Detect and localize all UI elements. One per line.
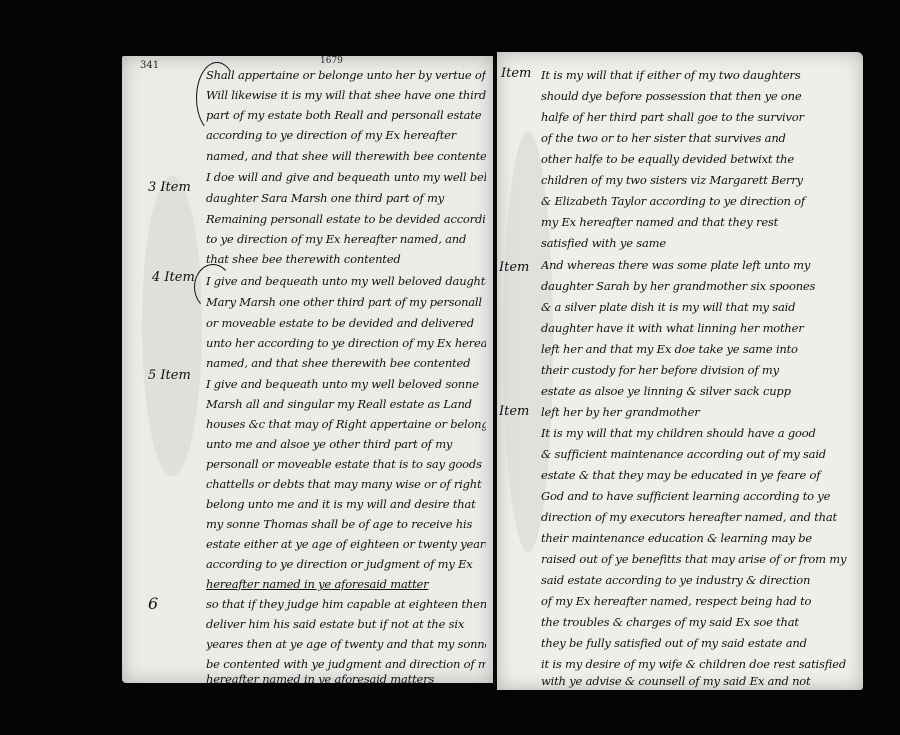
text-line: part of my estate both Reall and persona… [206, 108, 486, 122]
text-line: personall or moveable estate that is to … [206, 457, 486, 471]
text-line: children of my two sisters viz Margarett… [541, 173, 847, 187]
text-line: left her by her grandmother [541, 405, 847, 419]
text-line: to ye direction of my Ex hereafter named… [206, 232, 486, 246]
text-line: with ye advise & counsell of my said Ex … [541, 674, 847, 688]
text-line: so that if they judge him capable at eig… [206, 597, 486, 611]
text-line: Remaining personall estate to be devided… [206, 212, 486, 226]
text-line: raised out of ye benefitts that may aris… [541, 552, 847, 566]
text-line: satisfied with ye same [541, 236, 847, 250]
text-line: estate as alsoe ye linning & silver sack… [541, 384, 847, 398]
text-line: that shee bee therewith contented [206, 252, 486, 266]
folio-number: 341 [140, 60, 159, 71]
right-manuscript-page: Item Item Item It is my will that if eit… [497, 52, 863, 690]
margin-note: 5 Item [148, 368, 191, 383]
text-line: their maintenance education & learning m… [541, 531, 847, 545]
margin-note: Item [501, 66, 531, 81]
text-line: I give and bequeath unto my well beloved… [206, 377, 486, 391]
text-line: said estate according to ye industry & d… [541, 573, 847, 587]
text-line: halfe of her third part shall goe to the… [541, 110, 847, 124]
text-line: God and to have sufficient learning acco… [541, 489, 847, 503]
margin-note: 4 Item [152, 270, 195, 285]
paper-stain [142, 176, 202, 476]
text-line: hereafter named in ye aforesaid matters [206, 672, 486, 684]
text-line: & sufficient maintenance according out o… [541, 447, 847, 461]
text-line: belong unto me and it is my will and des… [206, 497, 486, 511]
text-line: of the two or to her sister that survive… [541, 131, 847, 145]
text-line: Shall appertaine or belonge unto her by … [206, 68, 486, 82]
text-line: my Ex hereafter named and that they rest [541, 215, 847, 229]
text-line: direction of my executors hereafter name… [541, 510, 847, 524]
text-line: named, and that shee will therewith bee … [206, 149, 486, 163]
text-line: Mary Marsh one other third part of my pe… [206, 295, 486, 309]
text-line: be contented with ye judgment and direct… [206, 657, 486, 671]
text-line: & a silver plate dish it is my will that… [541, 300, 847, 314]
text-line: chattells or debts that may many wise or… [206, 477, 486, 491]
text-line: deliver him his said estate but if not a… [206, 617, 486, 631]
text-line: yeares then at ye age of twenty and that… [206, 637, 486, 651]
text-line: houses &c that may of Right appertaine o… [206, 417, 486, 431]
text-line: the troubles & charges of my said Ex soe… [541, 615, 847, 629]
text-line: left her and that my Ex doe take ye same… [541, 342, 847, 356]
text-line: their custody for her before division of… [541, 363, 847, 377]
text-line: daughter Sara Marsh one third part of my [206, 191, 486, 205]
header-mark: 1679 [320, 56, 343, 66]
text-line: my sonne Thomas shall be of age to recei… [206, 517, 486, 531]
text-line: they be fully satisfied out of my said e… [541, 636, 847, 650]
text-line: or moveable estate to be devided and del… [206, 316, 486, 330]
margin-note: 3 Item [148, 180, 191, 195]
text-line: according to ye direction of my Ex herea… [206, 128, 486, 142]
text-line: daughter Sarah by her grandmother six sp… [541, 279, 847, 293]
text-line: it is my desire of my wife & children do… [541, 657, 847, 671]
text-line: named, and that shee therewith bee conte… [206, 356, 486, 370]
margin-note: Item [499, 404, 529, 419]
margin-note: Item [499, 260, 529, 275]
text-line: It is my will that if either of my two d… [541, 68, 847, 82]
text-line: of my Ex hereafter named, respect being … [541, 594, 847, 608]
text-line: I doe will and give and bequeath unto my… [206, 170, 486, 184]
text-line: other halfe to be equally devided betwix… [541, 152, 847, 166]
text-line: And whereas there was some plate left un… [541, 258, 847, 272]
text-line: & Elizabeth Taylor according to ye direc… [541, 194, 847, 208]
text-line: should dye before possession that then y… [541, 89, 847, 103]
text-line: It is my will that my children should ha… [541, 426, 847, 440]
text-line: estate either at ye age of eighteen or t… [206, 537, 486, 551]
text-line: Marsh all and singular my Reall estate a… [206, 397, 486, 411]
text-line: estate & that they may be educated in ye… [541, 468, 847, 482]
text-line: according to ye direction or judgment of… [206, 557, 486, 571]
text-line: unto her according to ye direction of my… [206, 336, 486, 350]
text-line: unto me and alsoe ye other third part of… [206, 437, 486, 451]
left-manuscript-page: 341 1679 3 Item 4 Item 5 Item 6 Shall ap… [122, 56, 493, 683]
text-line: daughter have it with what linning her m… [541, 321, 847, 335]
text-line: hereafter named in ye aforesaid matter [206, 577, 486, 591]
text-line: I give and bequeath unto my well beloved… [206, 274, 486, 288]
margin-note: 6 [148, 594, 158, 613]
text-line: Will likewise it is my will that shee ha… [206, 88, 486, 102]
